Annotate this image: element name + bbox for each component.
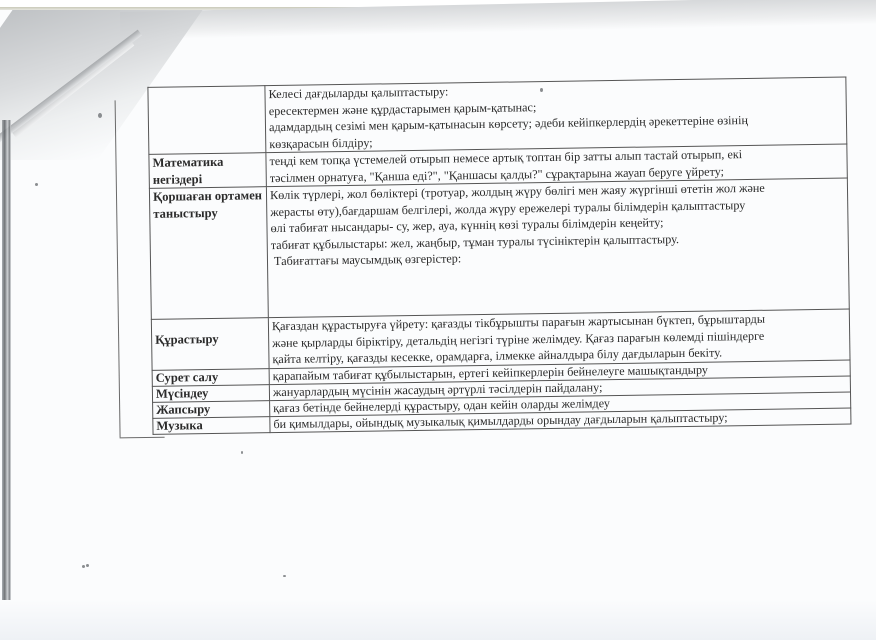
table-row: Келесі дағдыларды қалыптастыру: ересекте… xyxy=(148,77,847,154)
scanned-page: Келесі дағдыларды қалыптастыру: ересекте… xyxy=(0,0,876,640)
subject-cell: Құрастыру xyxy=(151,318,269,370)
content-cell: Көлік түрлері, жол бөліктері (тротуар, ж… xyxy=(266,178,849,318)
document-page: Келесі дағдыларды қалыптастыру: ересекте… xyxy=(0,0,876,640)
subject-cell: Мүсіндеу xyxy=(152,384,269,402)
subject-cell: Жапсыру xyxy=(153,400,270,418)
outer-table-bottom-border xyxy=(120,437,165,439)
content-cell: Келесі дағдыларды қалыптастыру: ересекте… xyxy=(265,77,847,153)
subject-cell: Сурет салу xyxy=(152,368,269,386)
subject-cell: Математика негіздері xyxy=(149,153,266,189)
outer-table-left-border xyxy=(115,100,121,437)
subject-cell: Қоршаған ортамен таныстыру xyxy=(149,187,268,320)
curriculum-table: Келесі дағдыларды қалыптастыру: ересекте… xyxy=(147,77,851,435)
table-row: Қоршаған ортамен таныстыру Көлік түрлері… xyxy=(149,178,849,319)
subject-cell: Музыка xyxy=(153,416,270,434)
content-cell: Қағаздан құрастыруға үйрету: қағазды тік… xyxy=(268,309,850,368)
subject-cell xyxy=(148,86,266,155)
